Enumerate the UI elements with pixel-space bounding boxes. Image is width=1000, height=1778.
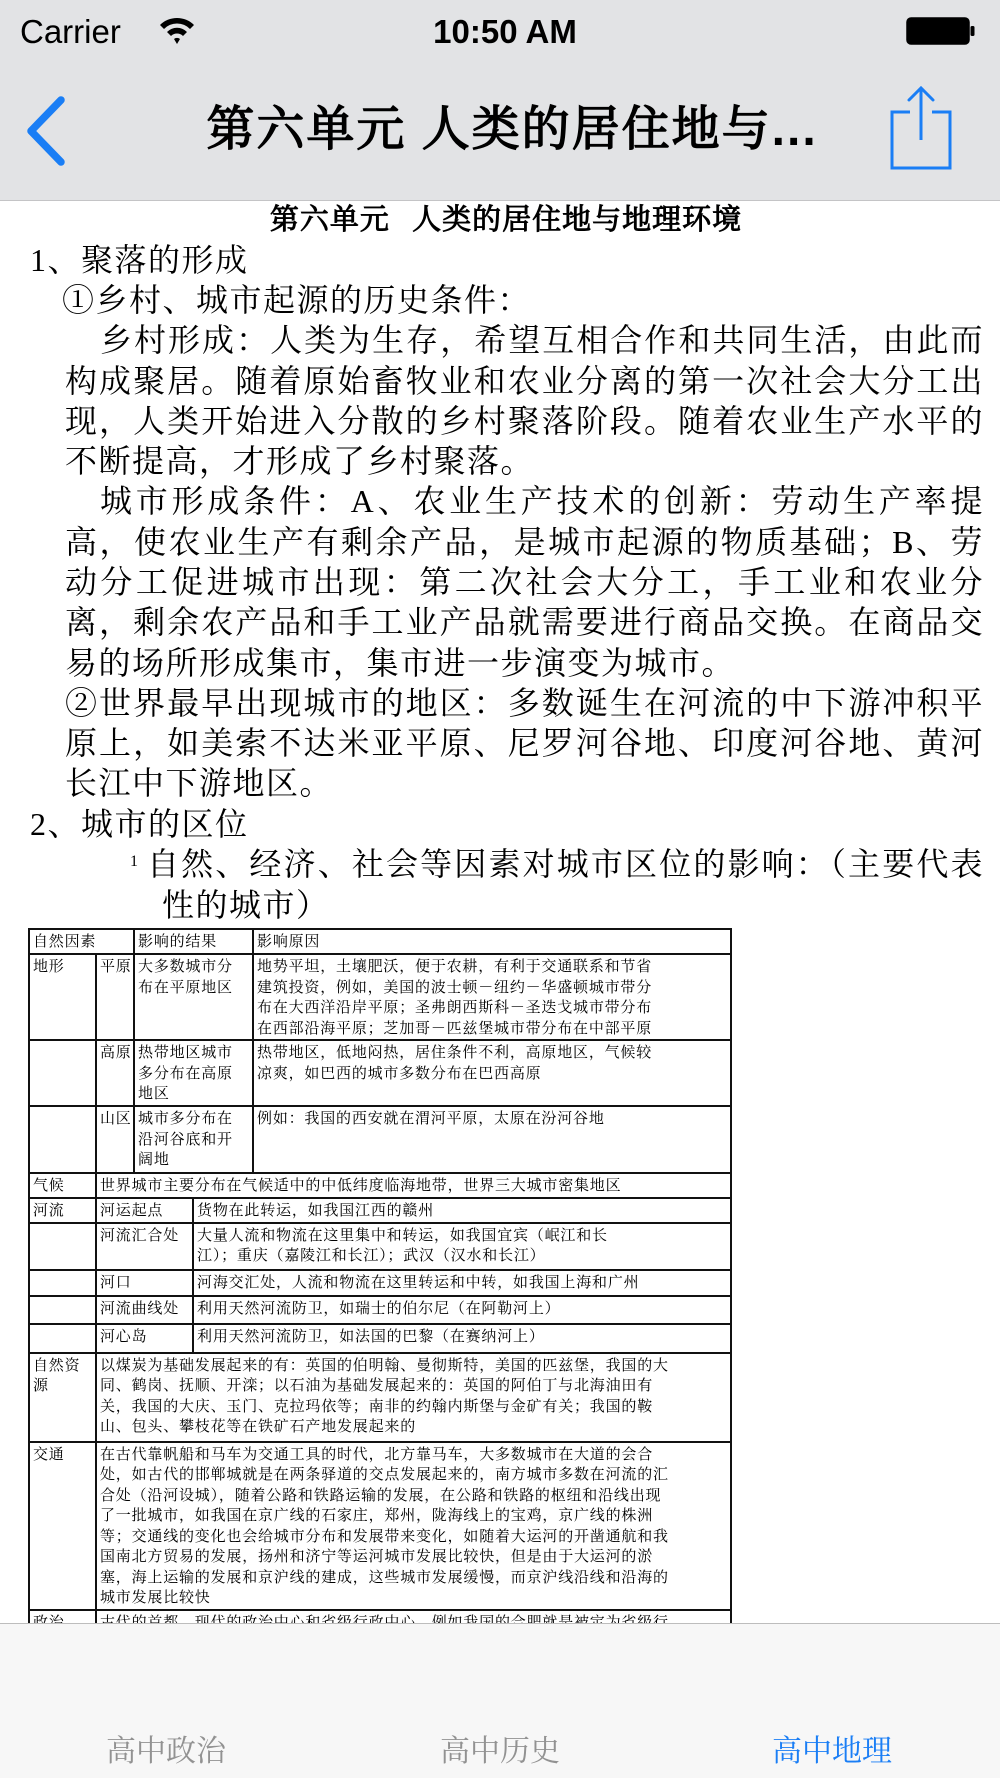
table-cell: 平原 bbox=[96, 954, 134, 1040]
paragraph-line: 离，剩余农产品和手工业产品就需要进行商品交换。在商品交 bbox=[65, 602, 984, 642]
table-cell: 河流汇合处 bbox=[96, 1223, 193, 1270]
table-cell bbox=[29, 1040, 96, 1106]
table-cell: 山区 bbox=[96, 1106, 134, 1173]
tab-bar: 高中政治 高中历史 高中地理 bbox=[0, 1623, 1000, 1778]
table-cell: 在古代靠帆船和马车为交通工具的时代，北方靠马车，大多数城市在大道的会合 处，如古… bbox=[96, 1442, 731, 1610]
table-cell bbox=[29, 1106, 96, 1173]
paragraph-line: 现，人类开始进入分散的乡村聚落阶段。随着农业生产水平的 bbox=[65, 401, 984, 441]
table-cell: 古代的首都，现代的政治中心和省级行政中心，例如我国的合肥就是被定为省级行 bbox=[96, 1610, 731, 1624]
section-heading: 1、聚落的形成 bbox=[30, 240, 249, 280]
document-title: 第六单元 人类的居住地与地理环境 bbox=[0, 201, 1000, 237]
table-cell: 气候 bbox=[29, 1173, 96, 1198]
table-row: 河心岛 利用天然河流防卫，如法国的巴黎（在赛纳河上） bbox=[29, 1324, 731, 1353]
paragraph-line: 高，使农业生产有剩余产品，是城市起源的物质基础；B、劳 bbox=[65, 522, 984, 562]
table-row: 山区 城市多分布在 沿河谷底和开 阔地 例如：我国的西安就在渭河平原，太原在汾河… bbox=[29, 1106, 731, 1173]
table-cell: 交通 bbox=[29, 1442, 96, 1610]
table-cell: 河流 bbox=[29, 1198, 96, 1223]
table-row: 河流 河运起点 货物在此转运，如我国江西的赣州 bbox=[29, 1198, 731, 1223]
table-cell: 以煤炭为基础发展起来的有：英国的伯明翰、曼彻斯特，美国的匹兹堡，我国的大 同、鹤… bbox=[96, 1353, 731, 1442]
paragraph-line: 动分工促进城市出现：第二次社会大分工，手工业和农业分 bbox=[65, 562, 984, 602]
paragraph-line: 乡村形成：人类为生存，希望互相合作和共同生活，由此而 bbox=[100, 320, 984, 360]
list-item-text: 性的城市） bbox=[162, 885, 330, 925]
back-button[interactable] bbox=[18, 88, 78, 174]
table-header-cell: 自然因素 bbox=[29, 929, 134, 954]
table-row: 河流曲线处 利用天然河流防卫，如瑞士的伯尔尼（在阿勒河上） bbox=[29, 1296, 731, 1324]
paragraph-line: 原上，如美索不达米亚平原、尼罗河谷地、印度河谷地、黄河 bbox=[65, 723, 984, 763]
table-cell: 河运起点 bbox=[96, 1198, 193, 1223]
table-cell: 政治 bbox=[29, 1610, 96, 1624]
table-cell: 地势平坦，土壤肥沃，便于农耕，有利于交通联系和节省 建筑投资，例如，美国的波士顿… bbox=[253, 954, 731, 1040]
table-header-cell: 影响原因 bbox=[253, 929, 731, 954]
table-cell: 热带地区城市 多分布在高原 地区 bbox=[134, 1040, 253, 1106]
paragraph-line: 城市形成条件：A、农业生产技术的创新：劳动生产率提 bbox=[100, 481, 984, 521]
table-row: 河流汇合处 大量人流和物流在这里集中和转运，如我国宜宾（岷江和长 江）；重庆（嘉… bbox=[29, 1223, 731, 1270]
status-time: 10:50 AM bbox=[0, 10, 1000, 54]
paragraph-line: 长江中下游地区。 bbox=[65, 763, 333, 803]
table-cell: 大多数城市分 布在平原地区 bbox=[134, 954, 253, 1040]
table-cell bbox=[29, 1270, 96, 1296]
table-cell: 利用天然河流防卫，如法国的巴黎（在赛纳河上） bbox=[193, 1324, 731, 1353]
subsection-heading: ②世界最早出现城市的地区：多数诞生在河流的中下游冲积平 bbox=[65, 683, 984, 723]
list-marker: 1 bbox=[130, 852, 138, 872]
table-cell: 河心岛 bbox=[96, 1324, 193, 1353]
tab-politics[interactable]: 高中政治 bbox=[16, 1732, 316, 1772]
share-button[interactable] bbox=[884, 80, 958, 176]
table-cell: 货物在此转运，如我国江西的赣州 bbox=[193, 1198, 731, 1223]
table-cell bbox=[29, 1324, 96, 1353]
table-cell: 城市多分布在 沿河谷底和开 阔地 bbox=[134, 1106, 253, 1173]
city-location-table: 自然因素 影响的结果 影响原因 地形 平原 大多数城市分 布在平原地区 地势平坦… bbox=[28, 928, 732, 1623]
share-icon bbox=[884, 80, 958, 176]
table-cell bbox=[29, 1296, 96, 1324]
paragraph-line: 构成聚居。随着原始畜牧业和农业分离的第一次社会大分工出 bbox=[65, 361, 984, 401]
table-row: 政治 古代的首都，现代的政治中心和省级行政中心，例如我国的合肥就是被定为省级行 bbox=[29, 1610, 731, 1624]
table-row: 地形 平原 大多数城市分 布在平原地区 地势平坦，土壤肥沃，便于农耕，有利于交通… bbox=[29, 954, 731, 1040]
table-row: 高原 热带地区城市 多分布在高原 地区 热带地区，低地闷热，居住条件不利，高原地… bbox=[29, 1040, 731, 1106]
document-scroll-view[interactable]: 第六单元 人类的居住地与地理环境 1、聚落的形成 ①乡村、城市起源的历史条件： … bbox=[0, 201, 1000, 1623]
table-row: 交通 在古代靠帆船和马车为交通工具的时代，北方靠马车，大多数城市在大道的会合 处… bbox=[29, 1442, 731, 1610]
subsection-heading: ①乡村、城市起源的历史条件： bbox=[62, 280, 531, 320]
navigation-bar: Carrier 10:50 AM 第六单元 人类的居住地与... bbox=[0, 0, 1000, 201]
paragraph-line: 易的场所形成集市，集市进一步演变为城市。 bbox=[65, 643, 735, 683]
table-cell: 自然资 源 bbox=[29, 1353, 96, 1442]
table-cell: 世界城市主要分布在气候适中的中低纬度临海地带，世界三大城市密集地区 bbox=[96, 1173, 731, 1198]
table-cell: 大量人流和物流在这里集中和转运，如我国宜宾（岷江和长 江）；重庆（嘉陵江和长江）… bbox=[193, 1223, 731, 1270]
table-header-row: 自然因素 影响的结果 影响原因 bbox=[29, 929, 731, 954]
table-header-cell: 影响的结果 bbox=[134, 929, 253, 954]
table-cell: 利用天然河流防卫，如瑞士的伯尔尼（在阿勒河上） bbox=[193, 1296, 731, 1324]
nav-title: 第六单元 人类的居住地与... bbox=[150, 100, 874, 160]
paragraph-line: 不断提高，才形成了乡村聚落。 bbox=[65, 441, 534, 481]
table-row: 河口 河海交汇处，人流和物流在这里转运和中转，如我国上海和广州 bbox=[29, 1270, 731, 1296]
list-item-text: 自然、经济、社会等因素对城市区位的影响：（主要代表 bbox=[147, 844, 984, 884]
table-cell: 河流曲线处 bbox=[96, 1296, 193, 1324]
table-cell: 热带地区，低地闷热，居住条件不利，高原地区，气候较 凉爽，如巴西的城市多数分布在… bbox=[253, 1040, 731, 1106]
table-cell: 高原 bbox=[96, 1040, 134, 1106]
table-cell: 河海交汇处，人流和物流在这里转运和中转，如我国上海和广州 bbox=[193, 1270, 731, 1296]
tab-geography[interactable]: 高中地理 bbox=[682, 1732, 982, 1772]
table-cell: 河口 bbox=[96, 1270, 193, 1296]
tab-history[interactable]: 高中历史 bbox=[350, 1732, 650, 1772]
table-cell bbox=[29, 1223, 96, 1270]
table-cell: 例如：我国的西安就在渭河平原，太原在汾河谷地 bbox=[253, 1106, 731, 1173]
chevron-left-icon bbox=[18, 88, 78, 174]
section-heading: 2、城市的区位 bbox=[30, 804, 249, 844]
table-cell: 地形 bbox=[29, 954, 96, 1040]
table-row: 自然资 源 以煤炭为基础发展起来的有：英国的伯明翰、曼彻斯特，美国的匹兹堡，我国… bbox=[29, 1353, 731, 1442]
battery-icon bbox=[906, 17, 976, 45]
table-row: 气候 世界城市主要分布在气候适中的中低纬度临海地带，世界三大城市密集地区 bbox=[29, 1173, 731, 1198]
